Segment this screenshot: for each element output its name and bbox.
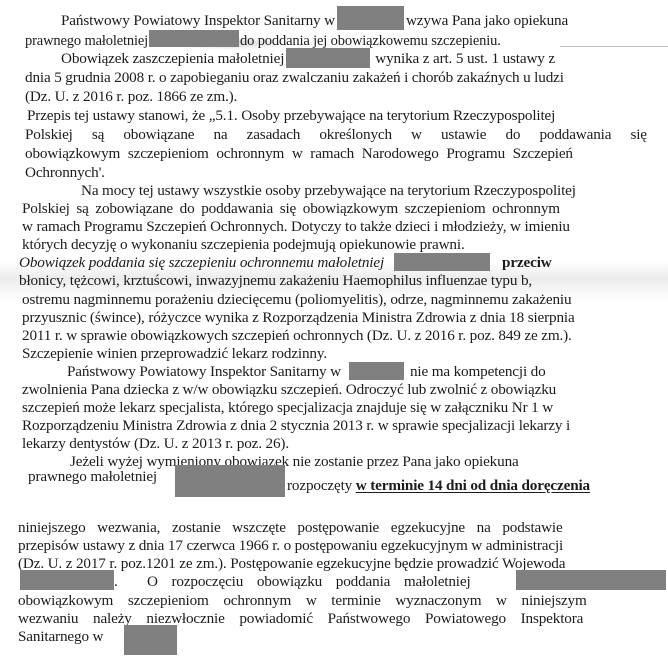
- p5-line5: 2011 r. w sprawie obowiązkowych szczepie…: [22, 327, 572, 345]
- p4-line1: Na mocy tej ustawy wszystkie osoby przeb…: [81, 182, 576, 200]
- p4-line2: Polskiej są zobowiązane do poddawania si…: [22, 200, 560, 218]
- redaction-child-name: [286, 48, 370, 68]
- p6-line5: lekarzy dentystów (Dz. U. z 2013 r. poz.…: [22, 435, 289, 453]
- p8-line2: przepisów ustawy z dnia 17 czerwca 1966 …: [18, 537, 563, 555]
- p2-line3: (Dz. U. z 2016 r. poz. 1866 ze zm.).: [25, 88, 237, 106]
- p3-line1: Przepis tej ustawy stanowi, że „5.1. Oso…: [27, 107, 555, 125]
- redaction-child-name: [175, 465, 285, 497]
- p8-line7: Sanitarnego w: [18, 628, 103, 646]
- redaction-city: [124, 625, 177, 655]
- p1-line2: prawnego małoletniejdo poddania jej obow…: [25, 32, 501, 50]
- p5-line2: błonicy, tężcowi, krztuścowi, inwazyjnem…: [19, 272, 532, 290]
- p5-line3: ostremu nagminnemu porażeniu dziecięcemu…: [22, 291, 571, 309]
- p6-line1: Państwowy Powiatowy Inspektor Sanitarny …: [67, 363, 546, 381]
- p8-line5: obowiązkowym szczepieniom ochronnym w te…: [18, 592, 587, 610]
- p8-line4: O rozpoczęciu obowiązku poddania małolet…: [147, 573, 471, 591]
- p4-line3: w ramach Programu Szczepień Ochronnych. …: [22, 218, 570, 236]
- p7-line2: prawnego małoletniej: [28, 468, 157, 486]
- p8-line6: wezwaniu należy niezwłocznie powiadomić …: [18, 610, 583, 628]
- p3-line4: Ochronnych'.: [25, 164, 105, 182]
- redaction-voivode: [20, 570, 114, 590]
- p1-line1: Państwowy Powiatowy Inspektor Sanitarny …: [61, 12, 568, 30]
- p6-line4: Rozporządzeniu Ministra Zdrowia z dnia 2…: [22, 417, 570, 435]
- p3-line2: Polskiejsąobowiązanenazasadachokreślonyc…: [25, 126, 647, 144]
- p5-line4: przyusznic (śwince), różyczce wynika z R…: [22, 309, 575, 327]
- redaction-city: [349, 362, 404, 380]
- scan-fold-line: [560, 46, 668, 47]
- redaction-child-name: [516, 570, 666, 590]
- p6-line2: zwolnienia Pana dziecka z w/w obowiązku …: [22, 381, 556, 399]
- redaction-city: [337, 6, 404, 30]
- p5-line6: Szczepienie winien przeprowadzić lekarz …: [22, 345, 327, 363]
- p2-line1: Obowiązek zaszczepienia małoletniejwynik…: [61, 50, 555, 68]
- p4-line4: których decyzję o wykonaniu szczepienia …: [22, 236, 465, 254]
- summons-document: Państwowy Powiatowy Inspektor Sanitarny …: [0, 0, 668, 670]
- p7-line3: rozpoczęty w terminie 14 dni od dnia dor…: [287, 477, 590, 495]
- redaction-child-name: [394, 253, 490, 271]
- redaction-child-name: [149, 30, 239, 47]
- p6-line3: szczepień może lekarz specjalista, które…: [22, 399, 553, 417]
- p8-line4-dot: .: [114, 573, 118, 591]
- p8-line1: niniejszego wezwania, zostanie wszczęte …: [18, 519, 563, 537]
- p2-line2: dnia 5 grudnia 2008 r. o zapobieganiu or…: [25, 69, 564, 87]
- deadline-emphasis: w terminie 14 dni od dnia doręczenia: [356, 477, 590, 494]
- p3-line3: obowiązkowym szczepieniom ochronnym w ra…: [25, 145, 573, 163]
- p5-line1: Obowiązek poddania się szczepieniu ochro…: [19, 254, 552, 272]
